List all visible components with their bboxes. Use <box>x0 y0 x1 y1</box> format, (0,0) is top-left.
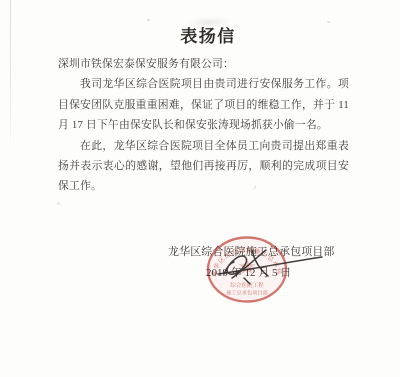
body-line: 在此，龙华区综合医院项目全体员工向贵司提出郑重表 <box>58 136 349 156</box>
scan-speck <box>327 21 330 23</box>
paper-edge-artifact <box>10 0 11 158</box>
body-line: 扬并表示衷心的感谢，望他们再接再厉，顺利的完成项目安 <box>58 156 349 176</box>
handwritten-signature <box>208 244 330 290</box>
body-line: 我司龙华区综合医院项目由贵司进行安保服务工作。项 <box>58 74 349 94</box>
letter-title: 表扬信 <box>58 27 358 46</box>
salutation-line: 深圳市铁保宏泰保安服务有限公司： <box>58 54 349 74</box>
scan-speck <box>57 202 60 205</box>
letter-body: 深圳市铁保宏泰保安服务有限公司： 我司龙华区综合医院项目由贵司进行安保服务工作。… <box>58 54 349 197</box>
body-line: 保工作。 <box>58 176 349 196</box>
scan-speck <box>147 19 150 21</box>
body-line: 目保安团队克服重重困难，保证了项目的维稳工作，并于 11 <box>58 95 349 115</box>
scanned-letter-page: 表扬信 深圳市铁保宏泰保安服务有限公司： 我司龙华区综合医院项目由贵司进行安保服… <box>0 0 400 377</box>
body-line: 月 17 日下午由保安队长和保安张涛现场抓获小偷一名。 <box>58 115 349 135</box>
